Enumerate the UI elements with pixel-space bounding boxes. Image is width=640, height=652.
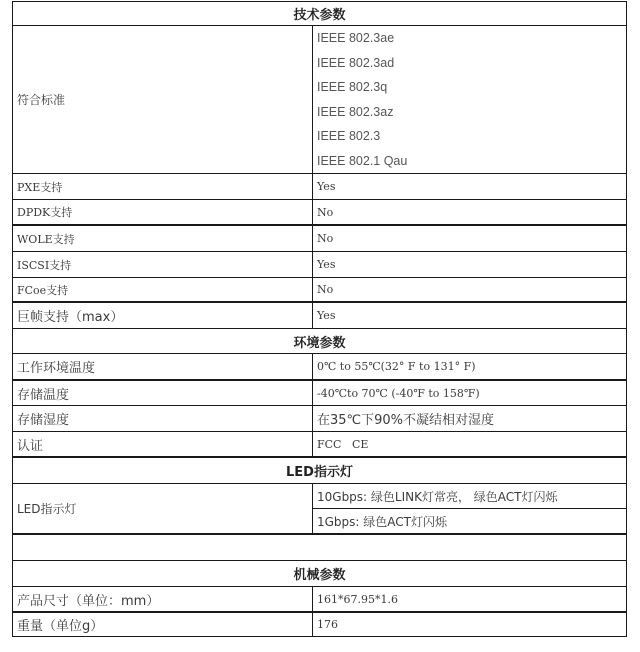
row-value: No xyxy=(313,226,626,251)
list-item: IEEE 802.3ad xyxy=(317,51,626,76)
table-row: 重量（单位g） 176 xyxy=(13,613,626,636)
row-value: 161*67.95*1.6 xyxy=(313,587,626,611)
row-label: 认证 xyxy=(13,432,313,456)
table-row: ISCSI支持 Yes xyxy=(13,252,626,278)
row-label: 工作环境温度 xyxy=(13,354,313,379)
table-row: 认证 FCC CE xyxy=(13,432,626,458)
row-value: Yes xyxy=(313,303,626,328)
standards-list: IEEE 802.3ae IEEE 802.3ad IEEE 802.3q IE… xyxy=(313,26,626,173)
table-row: 存储湿度 在35℃下90%不凝结相对湿度 xyxy=(13,406,626,432)
spec-table: 技术参数 符合标准 IEEE 802.3ae IEEE 802.3ad IEEE… xyxy=(12,1,627,637)
section-header-mech: 机械参数 xyxy=(13,561,626,587)
row-value: 0℃ to 55℃(32° F to 131° F) xyxy=(313,354,626,379)
list-item: IEEE 802.3 xyxy=(317,124,626,149)
table-row: FCoe支持 No xyxy=(13,278,626,303)
table-row: 产品尺寸（单位：mm） 161*67.95*1.6 xyxy=(13,587,626,613)
table-row: PXE支持 Yes xyxy=(13,174,626,200)
row-value: 10Gbps: 绿色LINK灯常亮， 绿色ACT灯闪烁 xyxy=(313,484,626,509)
table-row: 存储温度 -40℃to 70℃ (-40℉ to 158℉) xyxy=(13,381,626,406)
row-label: 重量（单位g） xyxy=(13,613,313,636)
row-label: DPDK支持 xyxy=(13,200,313,224)
row-label: 产品尺寸（单位：mm） xyxy=(13,587,313,611)
row-label: ISCSI支持 xyxy=(13,252,313,277)
row-label: 巨帧支持（max） xyxy=(13,303,313,328)
row-value: FCC CE xyxy=(313,432,626,456)
list-item: IEEE 802.3ae xyxy=(317,26,626,51)
row-value: No xyxy=(313,278,626,301)
section-header-led: LED指示灯 xyxy=(13,458,626,484)
section-title: 机械参数 xyxy=(13,561,626,586)
blank-cell xyxy=(13,535,626,560)
row-label: PXE支持 xyxy=(13,174,313,199)
table-row: WOLE支持 No xyxy=(13,226,626,252)
list-item: IEEE 802.3q xyxy=(317,75,626,100)
table-row: DPDK支持 No xyxy=(13,200,626,226)
row-label: WOLE支持 xyxy=(13,226,313,251)
row-value: 176 xyxy=(313,613,626,636)
row-value: 1Gbps: 绿色ACT灯闪烁 xyxy=(313,509,626,533)
row-label: 存储湿度 xyxy=(13,406,313,431)
row-value: Yes xyxy=(313,174,626,199)
list-item: IEEE 802.3az xyxy=(317,100,626,125)
table-row: 巨帧支持（max） Yes xyxy=(13,303,626,329)
section-title: 技术参数 xyxy=(13,2,626,25)
section-header-tech: 技术参数 xyxy=(13,2,626,26)
row-value: 在35℃下90%不凝结相对湿度 xyxy=(313,406,626,431)
list-item: IEEE 802.1 Qau xyxy=(317,149,626,174)
blank-row xyxy=(13,535,626,561)
row-label: 存储温度 xyxy=(13,381,313,405)
section-title: 环境参数 xyxy=(13,329,626,353)
row-value: No xyxy=(313,200,626,224)
row-value: -40℃to 70℃ (-40℉ to 158℉) xyxy=(313,381,626,405)
section-title: LED指示灯 xyxy=(13,458,626,483)
row-label: 符合标准 xyxy=(13,26,313,173)
row-label: LED指示灯 xyxy=(13,484,313,533)
table-row-standards: 符合标准 IEEE 802.3ae IEEE 802.3ad IEEE 802.… xyxy=(13,26,626,174)
table-row-led: LED指示灯 10Gbps: 绿色LINK灯常亮， 绿色ACT灯闪烁 1Gbps… xyxy=(13,484,626,535)
row-value: Yes xyxy=(313,252,626,277)
section-header-env: 环境参数 xyxy=(13,329,626,354)
row-label: FCoe支持 xyxy=(13,278,313,301)
table-row: 工作环境温度 0℃ to 55℃(32° F to 131° F) xyxy=(13,354,626,381)
